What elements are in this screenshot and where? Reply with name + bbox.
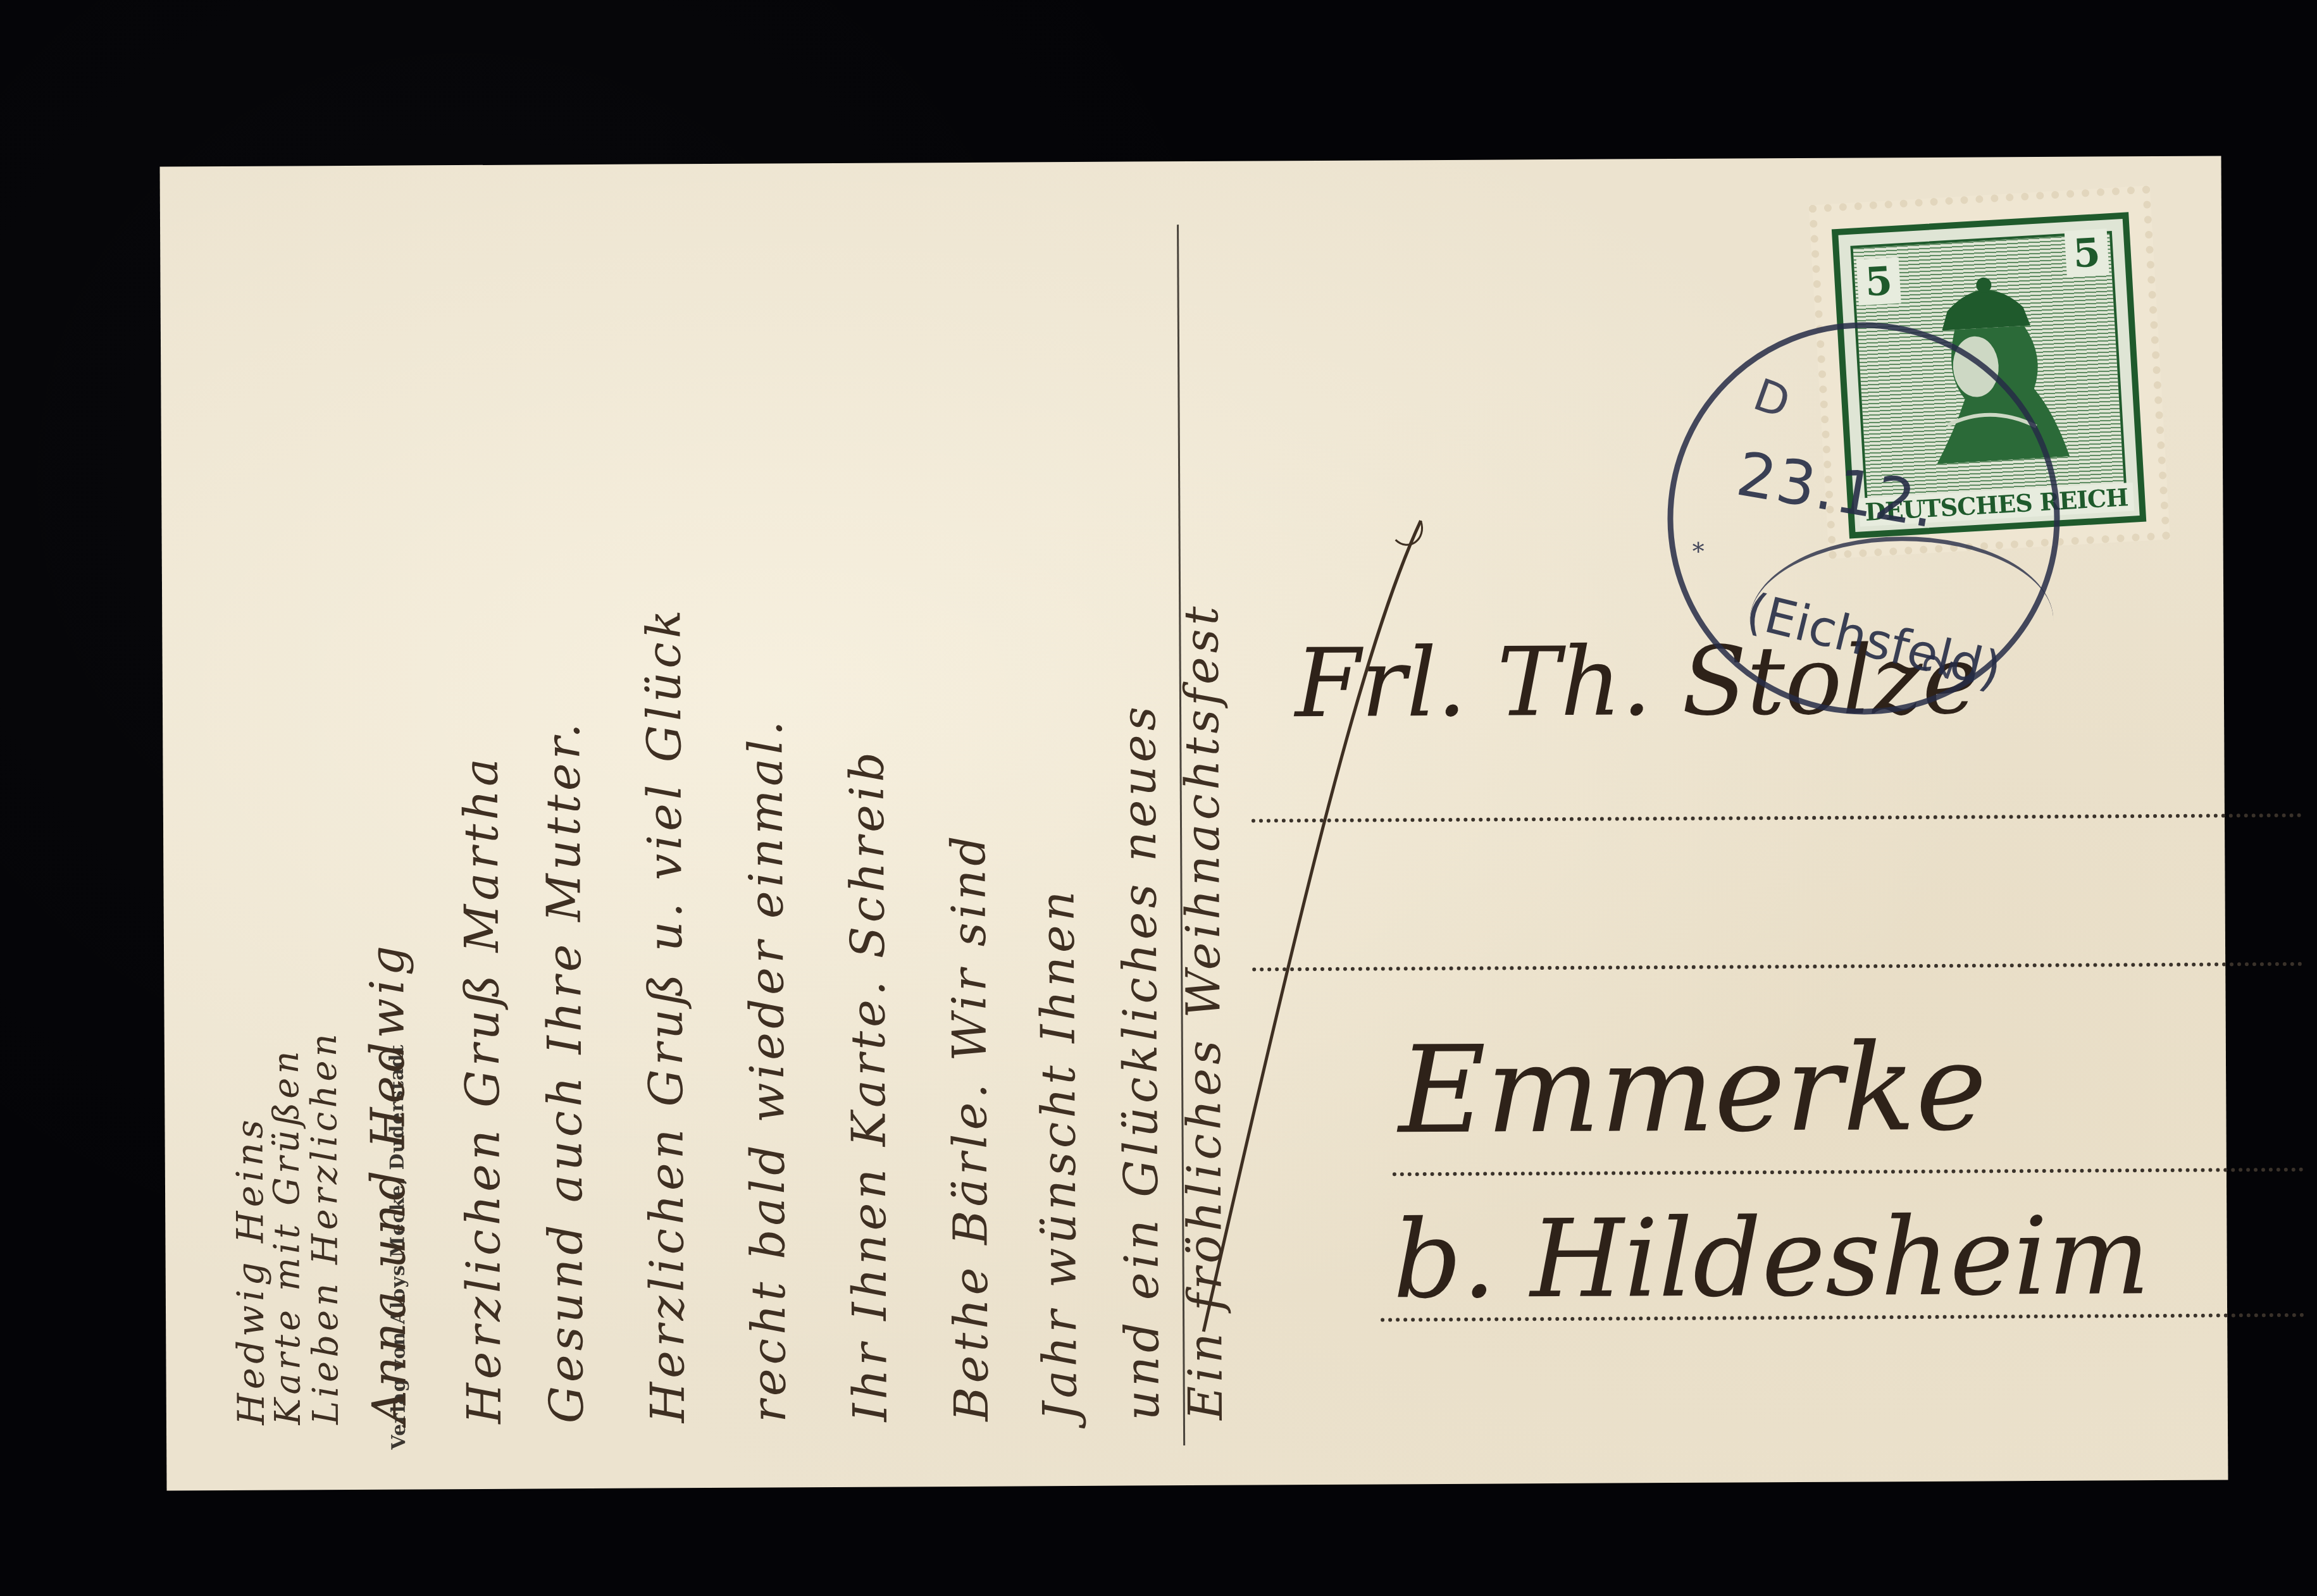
recipient-region: b. Hildesheim <box>1393 1194 2150 1323</box>
message-line: Karte mit Grüßen <box>266 1047 309 1425</box>
message-line: Jahr wünscht Ihnen <box>1031 888 1088 1421</box>
postmark-date: 23.12. <box>1732 438 1942 542</box>
message-line: Anna und Hedwig <box>360 942 417 1425</box>
handwritten-message: Hedwig Heins Karte mit Grüßen Lieben Her… <box>198 187 1160 1425</box>
stamp-value-right: 5 <box>2064 228 2109 277</box>
message-line: Bethe Bärle. Wir sind <box>941 832 999 1421</box>
message-line: Ihr Ihnen Karte. Schreib <box>840 748 898 1422</box>
message-line: Lieben Herzlichen <box>304 1030 347 1425</box>
message-line: Herzlichen Gruß u. viel Glück <box>637 606 695 1423</box>
postmark-town: D <box>1747 369 1796 429</box>
stamp-value-left: 5 <box>1856 257 1901 306</box>
postmark-star: * <box>1693 538 1705 566</box>
recipient-city: Emmerke <box>1398 1017 1987 1160</box>
postmark-cancellation: D 23.12. * (Eichsfeld) 2 <box>1667 321 2061 715</box>
postcard: Verlag von Aloys Mecke, Duderstadt Hedwi… <box>160 156 2228 1490</box>
message-line: und ein Glückliches neues <box>1112 703 1170 1421</box>
message-line: Gesund auch Ihre Mutter. <box>536 719 594 1423</box>
message-line: recht bald wieder einmal. <box>738 717 797 1422</box>
address-line-3 <box>1393 1168 2304 1177</box>
message-line: Herzlichen Gruß Martha <box>454 755 512 1424</box>
